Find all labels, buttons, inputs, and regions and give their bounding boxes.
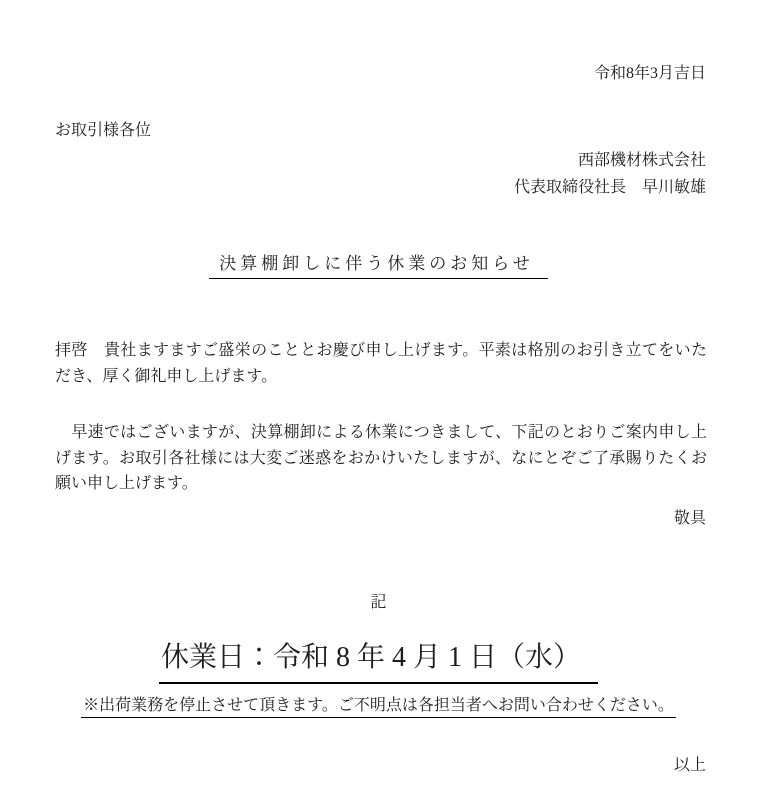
- body-paragraph-main: 早速ではございますが、決算棚卸による休業につきまして、下記のとおりご案内申し上げ…: [55, 420, 707, 497]
- holiday-heading-row: 休業日：令和 8 年 4 月 1 日（水）: [0, 643, 757, 684]
- body-paragraph-greeting: 拝啓 貴社ますますご盛栄のこととお慶び申し上げます。平素は格別のお引き立てをいた…: [55, 338, 707, 389]
- date-line: 令和8年3月吉日: [594, 60, 706, 83]
- letter-title-row: 決算棚卸しに伴う休業のお知らせ: [0, 249, 757, 279]
- letter-document-page: 令和8年3月吉日 お取引様各位 西部機材株式会社 代表取締役社長 早川敏雄 決算…: [0, 0, 757, 789]
- end-marker: 以上: [674, 752, 706, 775]
- sender-company-name: 西部機材株式会社: [578, 147, 706, 170]
- note-line-row: ※出荷業務を停止させて頂きます。ご不明点は各担当者へお問い合わせください。: [0, 697, 757, 718]
- holiday-date-heading: 休業日：令和 8 年 4 月 1 日（水）: [159, 643, 598, 684]
- letter-title: 決算棚卸しに伴う休業のお知らせ: [209, 249, 548, 279]
- addressee: お取引様各位: [55, 117, 151, 140]
- shipping-stop-note: ※出荷業務を停止させて頂きます。ご不明点は各担当者へお問い合わせください。: [81, 697, 676, 718]
- closing-keigu: 敬具: [674, 505, 706, 528]
- sender-representative-name: 代表取締役社長 早川敏雄: [514, 174, 706, 197]
- record-marker: 記: [0, 589, 757, 612]
